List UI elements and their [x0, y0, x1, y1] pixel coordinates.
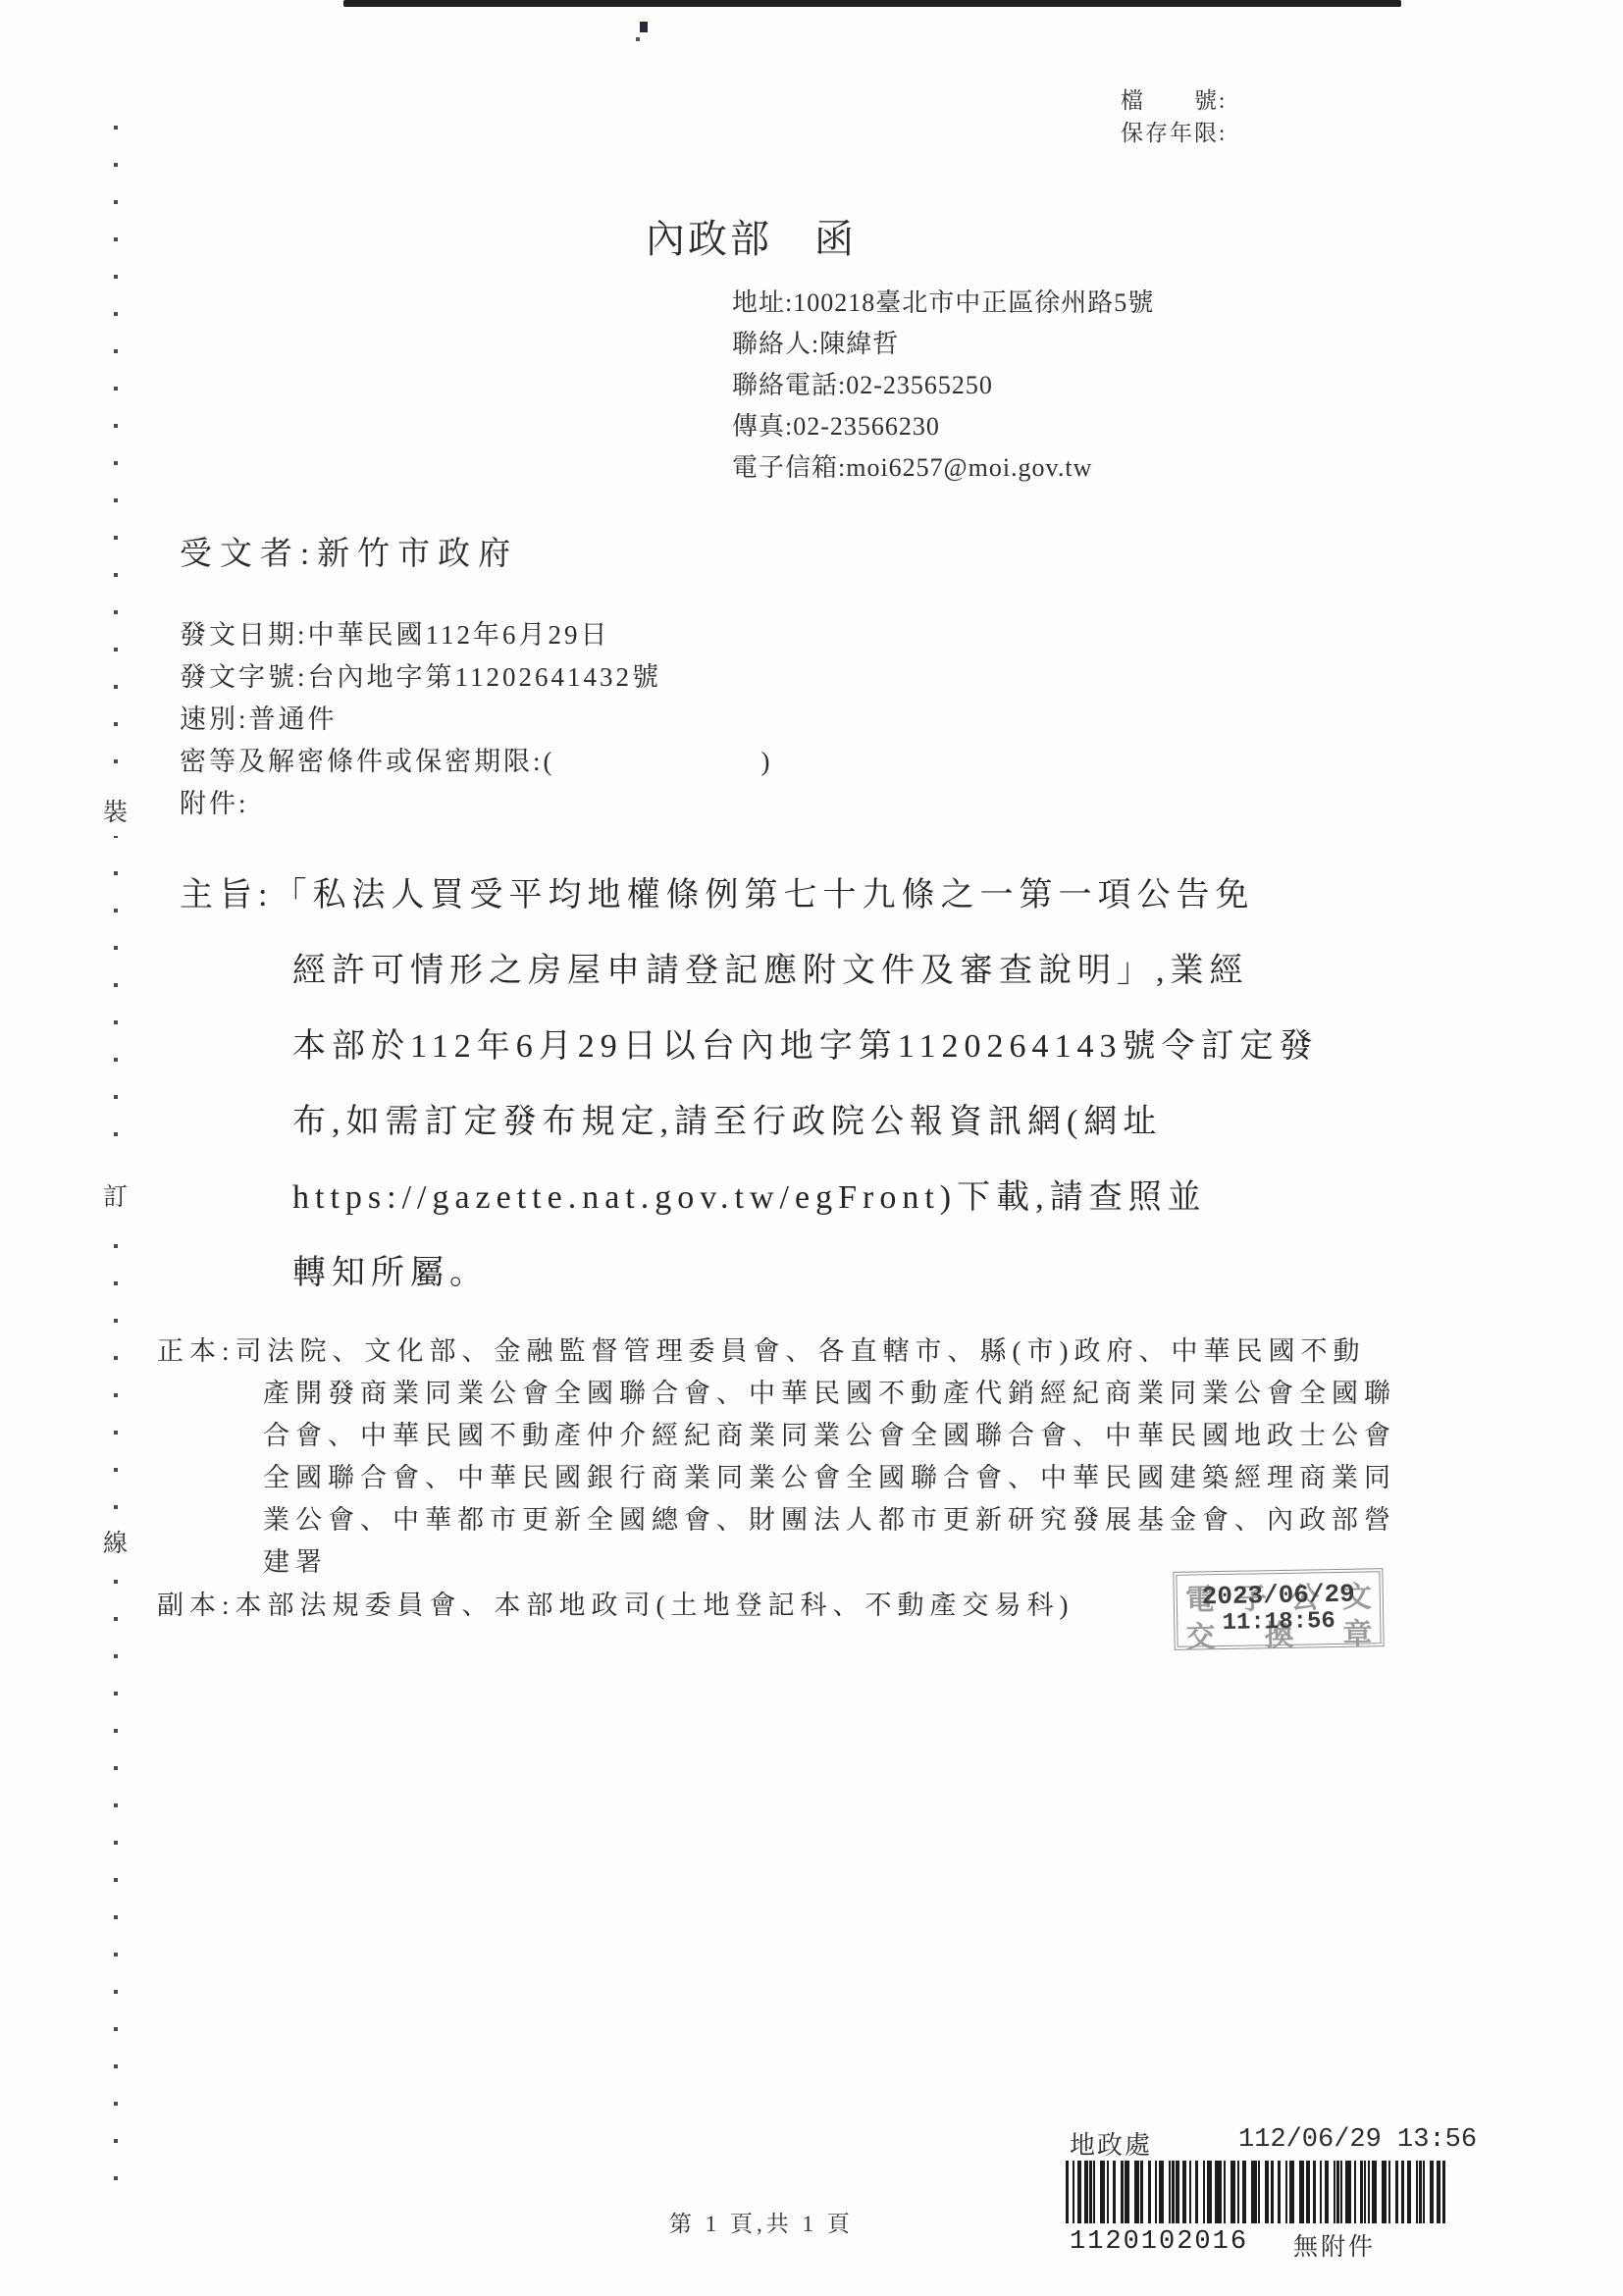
stamp-datetime: 2023/06/29 11:18:56: [1178, 1580, 1381, 1639]
barcode-number: 1120102016: [1070, 2227, 1248, 2257]
sender-address: 地址:100218臺北市中正區徐州路5號: [732, 283, 1154, 324]
sender-contact-block: 地址:100218臺北市中正區徐州路5號 聯絡人:陳緯哲 聯絡電話:02-235…: [732, 283, 1154, 489]
stamp-time: 11:18:56: [1178, 1607, 1380, 1639]
scan-artifact-speck: [636, 37, 640, 41]
cc-recipients-text: 本部法規委員會、本部地政司(土地登記科、不動產交易科): [236, 1591, 1074, 1620]
binding-mark-zhuang: 裝: [99, 785, 131, 836]
main-recipients-block: 正本:司法院、文化部、金融監督管理委員會、各直轄市、縣(市)政府、中華民國不動 …: [157, 1331, 1396, 1584]
document-number: 發文字號:台內地字第11202641432號: [180, 656, 772, 699]
attachment-label: 附件:: [180, 783, 772, 825]
scan-artifact-strip: [343, 0, 1401, 7]
page-number-info: 第 1 頁,共 1 頁: [669, 2206, 854, 2238]
sender-fax: 傳真:02-23566230: [732, 406, 1154, 447]
main-recipients-line: 產開發商業同業公會全國聯合會、中華民國不動產代銷經紀商業同業公會全國聯: [263, 1373, 1396, 1415]
subject-label: 主旨:: [180, 877, 273, 913]
main-recipients-line: 正本:司法院、文化部、金融監督管理委員會、各直轄市、縣(市)政府、中華民國不動: [157, 1331, 1396, 1373]
cc-recipients-line: 副本:本部法規委員會、本部地政司(土地登記科、不動產交易科): [157, 1584, 1074, 1622]
scan-artifact-speck: [640, 22, 648, 32]
document-meta-block: 發文日期:中華民國112年6月29日 發文字號:台內地字第11202641432…: [180, 614, 772, 825]
sender-phone: 聯絡電話:02-23565250: [732, 365, 1154, 406]
stamp-date: 2023/06/29: [1178, 1580, 1380, 1611]
archive-header: 檔 號: 保存年限:: [1121, 84, 1227, 149]
file-number-label: 檔 號:: [1121, 84, 1227, 117]
binding-mark-xian: 線: [99, 1516, 131, 1567]
barcode: [1066, 2161, 1450, 2223]
attachment-note: 無附件: [1293, 2227, 1376, 2263]
binding-dotted-line: [114, 126, 118, 2190]
subject-line: 布,如需訂定發布規定,請至行政院公報資訊網(網址: [292, 1084, 1416, 1160]
security-class: 密等及解密條件或保密期限:( ): [180, 741, 772, 783]
subject-line: https://gazette.nat.gov.tw/egFront)下載,請查…: [292, 1160, 1416, 1235]
subject-block: 主旨:「私法人買受平均地權條例第七十九條之一第一項公告免 經許可情形之房屋申請登…: [180, 858, 1416, 1311]
main-recipients-text: 司法院、文化部、金融監督管理委員會、各直轄市、縣(市)政府、中華民國不動: [236, 1336, 1366, 1366]
subject-line: 轉知所屬。: [292, 1235, 1416, 1311]
receiving-office: 地政處: [1070, 2125, 1152, 2162]
electronic-exchange-stamp: 電 子 公 文 交 換 章 2023/06/29 11:18:56: [1173, 1568, 1384, 1650]
main-recipients-line: 業公會、中華都市更新全國總會、財團法人都市更新研究發展基金會、內政部營: [263, 1499, 1396, 1541]
sender-contact-person: 聯絡人:陳緯哲: [732, 324, 1154, 365]
document-title: 內政部 函: [646, 208, 857, 264]
issue-date: 發文日期:中華民國112年6月29日: [180, 614, 772, 656]
main-recipients-line: 合會、中華民國不動產仲介經紀商業同業公會全國聯合會、中華民國地政士公會: [263, 1415, 1396, 1457]
subject-line: 本部於112年6月29日以台內地字第1120264143號令訂定發: [292, 1009, 1416, 1084]
recipient-line: 受文者:新竹市政府: [180, 528, 518, 574]
subject-line: 經許可情形之房屋申請登記應附文件及審查說明」,業經: [292, 933, 1416, 1009]
received-datetime: 112/06/29 13:56: [1238, 2125, 1477, 2155]
main-recipients-line: 全國聯合會、中華民國銀行商業同業公會全國聯合會、中華民國建築經理商業同: [263, 1457, 1396, 1499]
document-page: 裝 訂 線 檔 號: 保存年限: 內政部 函 地址:100218臺北市中正區徐州…: [0, 0, 1623, 2296]
subject-text: 「私法人買受平均地權條例第七十九條之一第一項公告免: [273, 877, 1254, 913]
cc-recipients-label: 副本:: [157, 1591, 236, 1620]
sender-email: 電子信箱:moi6257@moi.gov.tw: [732, 447, 1154, 489]
retention-period-label: 保存年限:: [1121, 117, 1227, 149]
subject-line: 主旨:「私法人買受平均地權條例第七十九條之一第一項公告免: [180, 858, 1416, 933]
main-recipients-label: 正本:: [157, 1336, 236, 1366]
speed-class: 速別:普通件: [180, 699, 772, 741]
binding-mark-ding: 訂: [99, 1170, 131, 1221]
